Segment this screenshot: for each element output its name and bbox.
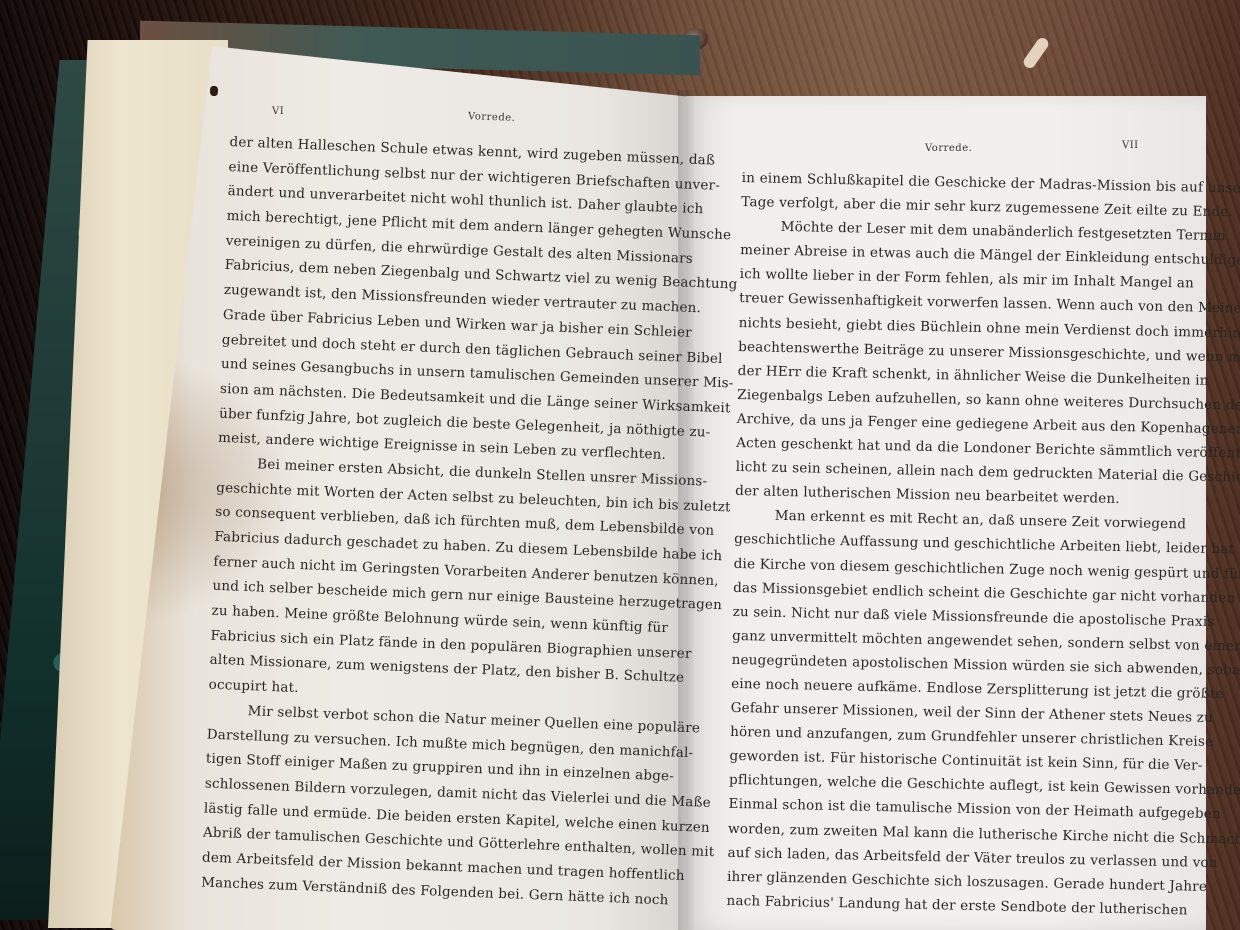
right-page-text: in einem Schlußkapitel die Geschicke der… <box>726 166 1172 922</box>
right-page-number: VII <box>1122 140 1139 151</box>
left-running-head: Vorrede. <box>468 111 516 124</box>
page-stain <box>210 86 218 96</box>
right-running-head: Vorrede. <box>925 143 972 154</box>
left-page-number: VI <box>272 106 284 117</box>
left-page-text: der alten Halleschen Schule etwas kennt,… <box>201 130 670 912</box>
